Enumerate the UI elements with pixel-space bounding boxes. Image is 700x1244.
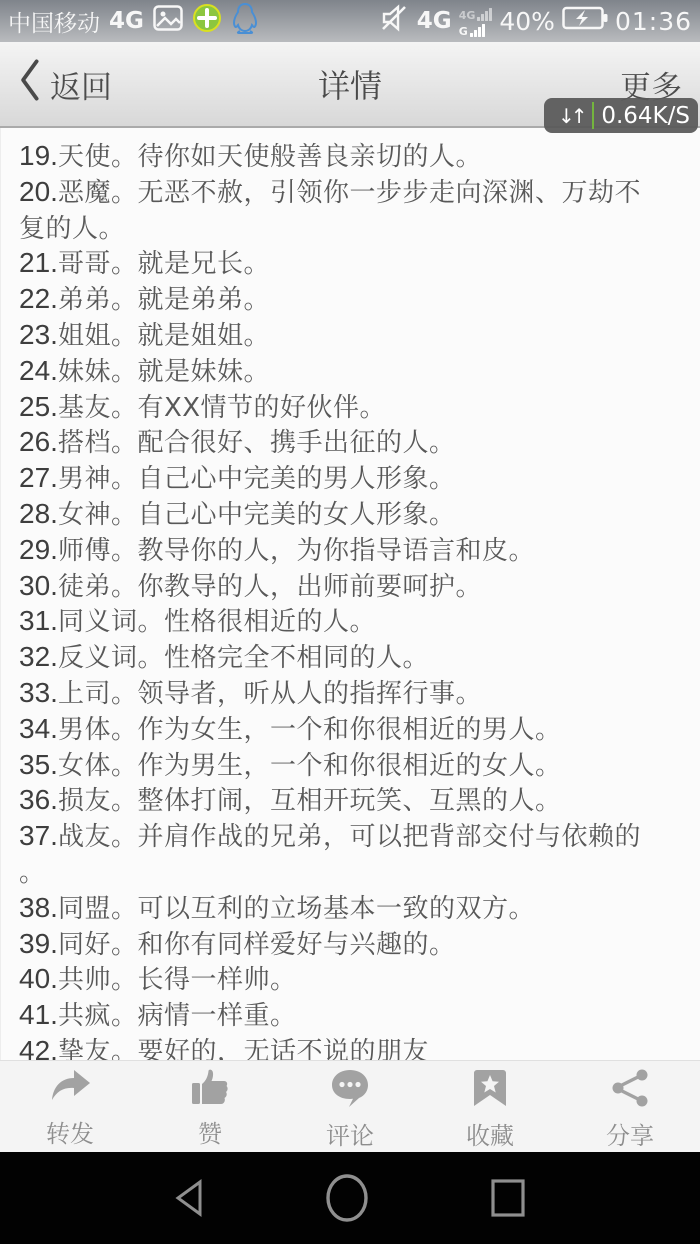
list-line-number: 35. [19, 749, 58, 780]
clock-label: 01:36 [615, 7, 692, 36]
sim2-label: G [459, 26, 468, 37]
mute-icon [380, 4, 410, 38]
list-line-text: 同好。和你有同样爱好与兴趣的。 [58, 930, 456, 960]
updown-arrows-icon: ↓↑ [558, 104, 584, 128]
list-line: 25.基友。有XX情节的好伙伴。 [19, 389, 700, 425]
list-line: 复的人。 [19, 210, 700, 246]
list-line-text: 师傅。教导你的人，为你指导语言和皮。 [58, 536, 535, 566]
list-line-text: 姐姐。就是姐姐。 [58, 321, 270, 351]
list-line-text: 男体。作为女生，一个和你很相近的男人。 [58, 715, 562, 745]
list-line-text: 上司。领导者，听从人的指挥行事。 [58, 679, 482, 709]
list-line: 27.男神。自己心中完美的男人形象。 [19, 460, 700, 496]
share-button[interactable]: 分享 [560, 1061, 700, 1152]
list-line: 20.恶魔。无恶不赦，引领你一步步走向深渊、万劫不 [19, 174, 700, 210]
list-line: 29.师傅。教导你的人，为你指导语言和皮。 [19, 532, 700, 568]
android-nav-bar [0, 1152, 700, 1244]
list-line: 34.男体。作为女生，一个和你很相近的男人。 [19, 711, 700, 747]
list-line-text: 男神。自己心中完美的男人形象。 [58, 464, 456, 494]
favorite-icon [472, 1061, 508, 1112]
toolbar-label: 评论 [326, 1116, 374, 1151]
list-line-number: 25. [19, 391, 58, 422]
list-line-number: 26. [19, 426, 58, 457]
list-line: 37.战友。并肩作战的兄弟，可以把背部交付与依赖的 [19, 818, 700, 854]
list-line: 28.女神。自己心中完美的女人形象。 [19, 496, 700, 532]
status-right: 4G 4G G 40% 01:36 [380, 4, 692, 38]
carrier-label: 中国移动 [8, 5, 100, 38]
toolbar-label: 分享 [606, 1116, 654, 1151]
list-line-number: 37. [19, 820, 58, 851]
network-4g-label: 4G [417, 8, 452, 34]
list-line-text: 哥哥。就是兄长。 [58, 249, 270, 279]
list-line-text: 女神。自己心中完美的女人形象。 [58, 500, 456, 530]
list-line-number: 34. [19, 713, 58, 744]
list-line: 。 [19, 854, 700, 890]
list-line-text: 天使。待你如天使般善良亲切的人。 [58, 142, 482, 172]
list-line-number: 42. [19, 1035, 58, 1060]
list-line-text: 共疯。病情一样重。 [58, 1001, 297, 1031]
list-line: 33.上司。领导者，听从人的指挥行事。 [19, 675, 700, 711]
list-line-text: 弟弟。就是弟弟。 [58, 285, 270, 315]
list-line: 30.徒弟。你教导的人，出师前要呵护。 [19, 568, 700, 604]
list-line: 26.搭档。配合很好、携手出征的人。 [19, 424, 700, 460]
list-line: 38.同盟。可以互利的立场基本一致的双方。 [19, 890, 700, 926]
speed-value-label: 0.64K/S [601, 103, 690, 129]
network-speed-badge[interactable]: ↓↑ 0.64K/S [544, 98, 698, 133]
favorite-button[interactable]: 收藏 [420, 1061, 560, 1152]
list-line-number: 19. [19, 140, 58, 171]
battery-charging-icon [562, 6, 608, 36]
phone-screen: 中国移动 4G 4G 4G G [0, 0, 700, 1244]
list-line-text: 同盟。可以互利的立场基本一致的双方。 [58, 894, 535, 924]
list-line-number: 29. [19, 534, 58, 565]
like-button[interactable]: 赞 [140, 1061, 280, 1152]
list-line-text: 妹妹。就是妹妹。 [58, 357, 270, 387]
list-line-number: 23. [19, 319, 58, 350]
list-line: 36.损友。整体打闹，互相开玩笑、互黑的人。 [19, 782, 700, 818]
list-line-text: 搭档。配合很好、携手出征的人。 [58, 428, 456, 458]
list-line: 24.妹妹。就是妹妹。 [19, 353, 700, 389]
qq-penguin-icon [231, 2, 259, 40]
action-toolbar: 转发 赞 评论 收藏 分享 [0, 1060, 700, 1152]
list-line-text: 挚友。要好的，无话不说的朋友 [58, 1037, 429, 1060]
like-icon [190, 1061, 230, 1110]
list-line-text: 复的人。 [19, 214, 125, 244]
list-line-number: 39. [19, 928, 58, 959]
list-line-text: 基友。有XX情节的好伙伴。 [58, 393, 386, 423]
list-line-text: 恶魔。无恶不赦，引领你一步步走向深渊、万劫不 [58, 178, 641, 208]
list-line-text: 同义词。性格很相近的人。 [58, 607, 376, 637]
list-line-number: 21. [19, 247, 58, 278]
android-recents-button[interactable] [488, 1177, 528, 1219]
list-line: 23.姐姐。就是姐姐。 [19, 317, 700, 353]
list-line: 31.同义词。性格很相近的人。 [19, 603, 700, 639]
list-line-text: 。 [19, 858, 46, 888]
qq-secure-icon [192, 3, 222, 39]
list-line-number: 31. [19, 605, 58, 636]
forward-button[interactable]: 转发 [0, 1061, 140, 1152]
forward-icon [48, 1061, 92, 1110]
list-line-number: 36. [19, 784, 58, 815]
toolbar-label: 转发 [46, 1114, 94, 1149]
list-line: 35.女体。作为男生，一个和你很相近的女人。 [19, 747, 700, 783]
toolbar-label: 赞 [198, 1114, 222, 1149]
list-line-text: 反义词。性格完全不相同的人。 [58, 643, 429, 673]
list-line: 40.共帅。长得一样帅。 [19, 961, 700, 997]
comment-icon [329, 1061, 371, 1112]
list-line-number: 20. [19, 176, 58, 207]
list-line-number: 24. [19, 355, 58, 386]
share-icon [611, 1061, 649, 1112]
list-line: 42.挚友。要好的，无话不说的朋友 [19, 1033, 700, 1060]
toolbar-label: 收藏 [466, 1116, 514, 1151]
list-line: 19.天使。待你如天使般善良亲切的人。 [19, 138, 700, 174]
list-line-number: 41. [19, 999, 58, 1030]
list-line-number: 40. [19, 963, 58, 994]
sim1-label: 4G [459, 10, 476, 21]
list-line: 32.反义词。性格完全不相同的人。 [19, 639, 700, 675]
android-home-button[interactable] [324, 1173, 370, 1223]
content-lines: 19.天使。待你如天使般善良亲切的人。 20.恶魔。无恶不赦，引领你一步步走向深… [0, 128, 700, 1060]
list-line: 39.同好。和你有同样爱好与兴趣的。 [19, 926, 700, 962]
list-line-number: 30. [19, 570, 58, 601]
comment-button[interactable]: 评论 [280, 1061, 420, 1152]
list-line-number: 38. [19, 892, 58, 923]
list-line-number: 27. [19, 462, 58, 493]
status-bar: 中国移动 4G 4G 4G G [0, 0, 700, 42]
signal-bars-sim2-icon [470, 24, 485, 37]
list-line: 41.共疯。病情一样重。 [19, 997, 700, 1033]
speed-divider-bar [592, 102, 595, 129]
list-line-number: 33. [19, 677, 58, 708]
list-line-number: 28. [19, 498, 58, 529]
list-line-text: 战友。并肩作战的兄弟，可以把背部交付与依赖的 [58, 822, 641, 852]
list-line-number: 32. [19, 641, 58, 672]
list-line-text: 徒弟。你教导的人，出师前要呵护。 [58, 572, 482, 602]
network-type-label: 4G [109, 8, 144, 34]
list-line-text: 共帅。长得一样帅。 [58, 965, 297, 995]
dual-sim-signal-icon: 4G G [459, 6, 493, 37]
signal-bars-sim1-icon [477, 8, 492, 21]
status-left: 中国移动 4G [8, 2, 259, 40]
battery-percent-label: 40% [499, 7, 555, 36]
list-line-text: 损友。整体打闹，互相开玩笑、互黑的人。 [58, 786, 562, 816]
list-line-number: 22. [19, 283, 58, 314]
android-back-button[interactable] [172, 1178, 206, 1218]
list-line: 22.弟弟。就是弟弟。 [19, 281, 700, 317]
list-line-text: 女体。作为男生，一个和你很相近的女人。 [58, 751, 562, 781]
screenshot-icon [153, 5, 183, 37]
list-line: 21.哥哥。就是兄长。 [19, 245, 700, 281]
